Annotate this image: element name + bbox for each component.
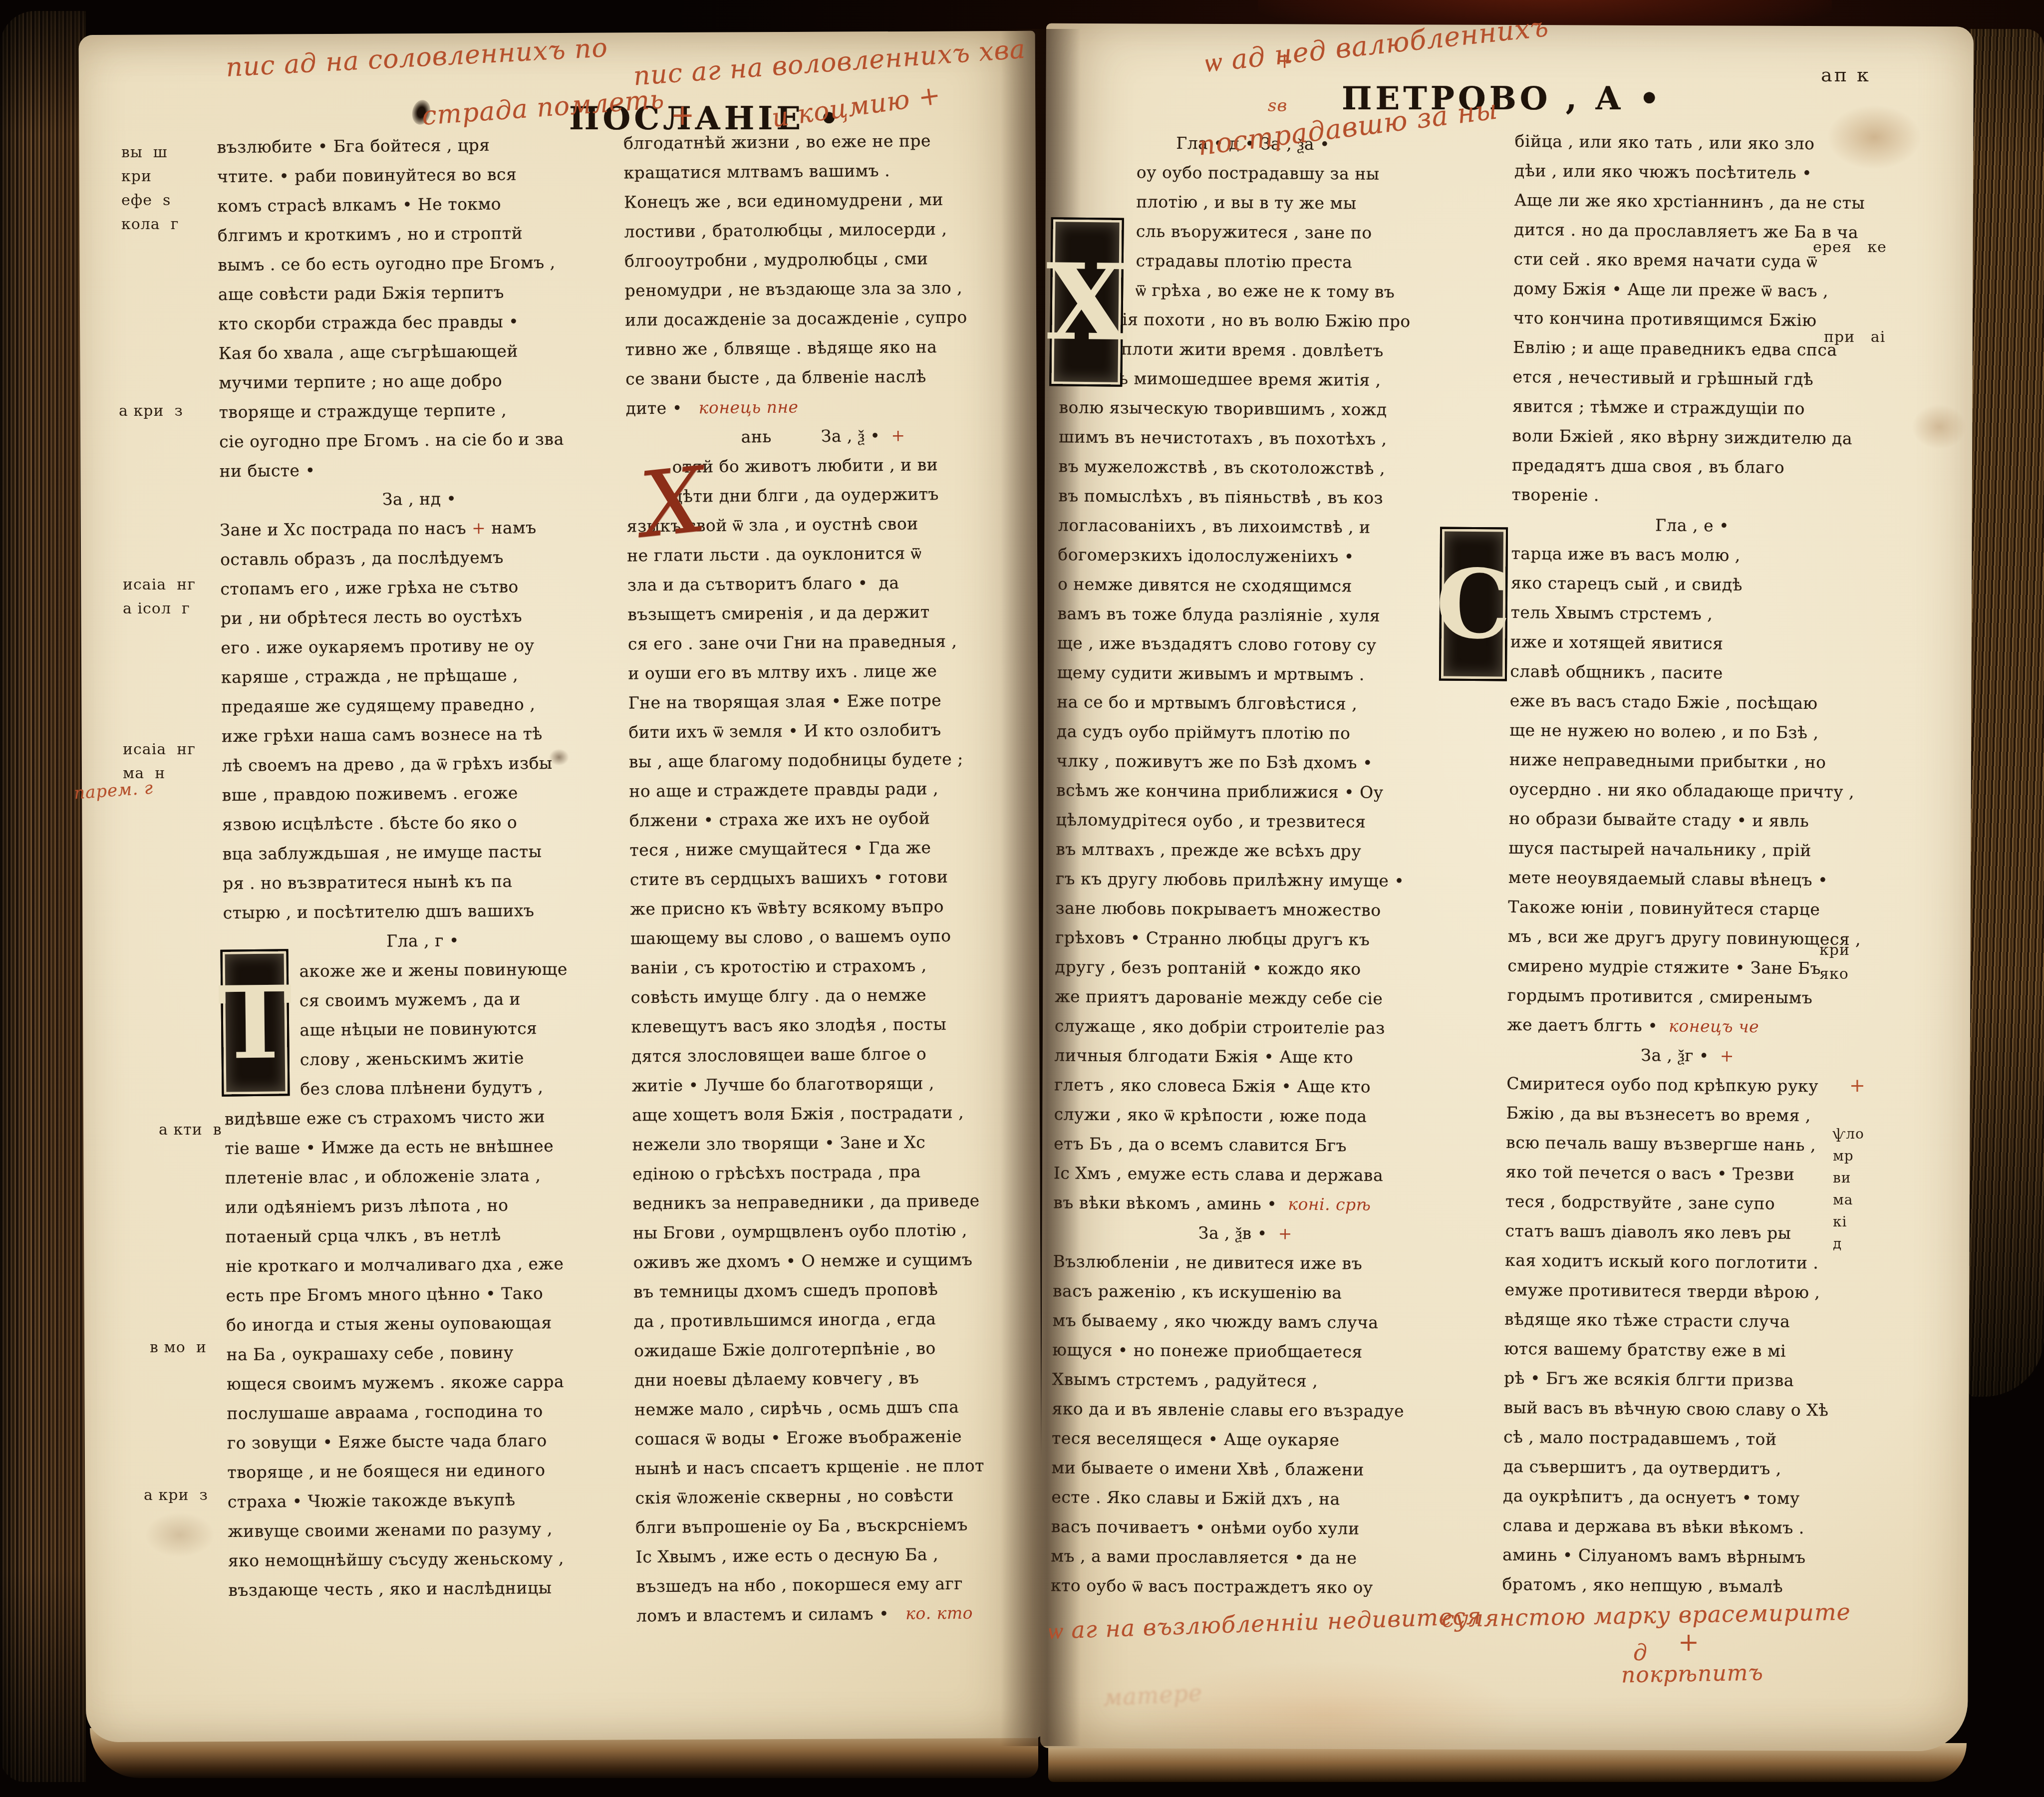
text-line: въ мужеложствѣ , въ скотоложствѣ ,	[1058, 456, 1443, 488]
text-line: личныя блгодати Бжія • Аще кто	[1054, 1045, 1439, 1077]
text-line: стырю , и посѣтителю дшъ вашихъ	[223, 900, 622, 932]
text-line: васъ раженію , къ искушенію ва	[1053, 1281, 1437, 1313]
text-line: вы , аще благому подобницы будете ;	[629, 749, 1023, 782]
text-line: есть пре Бгомъ много цѣнно • Тако	[226, 1283, 625, 1315]
text-line: ря . но възвратитеся нынѣ къ па	[223, 871, 622, 903]
text-line: Іс Хмъ , емуже есть слава и держава	[1053, 1163, 1438, 1195]
text-line: ми бываете о имени Хвѣ , блажени	[1051, 1458, 1436, 1490]
text-line: да съвершитъ , да оутвердитъ ,	[1503, 1457, 1864, 1489]
text-line: яко той печется о васъ • Трезви	[1505, 1162, 1867, 1195]
text-line: мете неоувядаемый славы вѣнецъ •	[1508, 868, 1869, 900]
text-line: Евлію ; и аще праведникъ едва спса	[1513, 337, 1874, 370]
text-line: възлюбите • Бга бойтеся , цря	[217, 134, 616, 167]
text-line: вый васъ въ вѣчную свою славу о Хѣ	[1503, 1398, 1865, 1430]
text-line: каряше , стражда , не прѣщаше ,	[221, 664, 620, 697]
text-line: стопамъ его , иже грѣха не сътво	[220, 576, 619, 608]
text-line: вамъ въ тоже блуда разліяніе , хуля	[1057, 603, 1442, 635]
text-line: мъ , а вами прославляется • да не	[1051, 1546, 1435, 1578]
text-line: язвою исцѣлѣсте . бѣсте бо яко о	[222, 812, 621, 844]
initial-letter: Х	[1045, 240, 1128, 364]
text-line: реномудри , не въздающе зла за зло ,	[624, 278, 1019, 310]
text-line: его . иже оукаряемъ противу не оу	[221, 635, 620, 667]
woodcut-initial-s: С	[1439, 527, 1508, 681]
text-line: да , противльшимся иногда , егда	[633, 1308, 1028, 1341]
text-line: шимъ въ нечистотахъ , въ похотѣхъ ,	[1059, 427, 1443, 459]
text-line: вымъ . се бо есть оугодно пре Бгомъ ,	[218, 252, 617, 285]
text-line: сѣ , мало пострадавшемъ , той	[1503, 1427, 1865, 1460]
text-line: ожидаше Бжіе долготерпѣніе , во	[634, 1338, 1028, 1371]
text-line: но образи бывайте стаду • и явль	[1509, 809, 1870, 841]
text-line: клевещутъ васъ яко злодѣя , посты	[631, 1014, 1025, 1047]
text-line: блгодатнѣй жизни , во еже не пре	[623, 130, 1018, 163]
text-line: тарца иже въ васъ молю ,	[1511, 544, 1872, 576]
text-line: же присно къ ѿвѣту всякому въпро	[630, 896, 1024, 929]
text-line: слава и держава въ вѣки вѣкомъ .	[1502, 1515, 1864, 1548]
text-line: блгимъ и кроткимъ , но и строптй	[218, 223, 617, 255]
text-line: емуже противитеся тверди вѣрою ,	[1504, 1280, 1866, 1312]
text-line: оу оубо пострадавшу за ны	[1060, 162, 1445, 194]
text-line: совѣсть имуще блгу . да о немже	[631, 984, 1025, 1017]
text-line: послушаше авраама , господина то	[227, 1401, 626, 1433]
text-line: воли Бжіей , яко вѣрну зиждителю да	[1512, 426, 1873, 458]
text-line: яко да и въ явленіе славы его възрадуе	[1052, 1399, 1436, 1431]
text-line: иже грѣхи наша самъ вознесе на тѣ	[222, 723, 621, 756]
text-line: теся , ниже смущайтеся • Гда же	[629, 837, 1024, 870]
text-line: предаяше же судящему праведно ,	[221, 694, 620, 726]
text-line: Хвымъ стрстемъ , радуйтеся ,	[1052, 1369, 1437, 1401]
text-line: волю языческую творившимъ , хожд	[1059, 397, 1443, 429]
text-line: зане любовь покрываетъ множество	[1055, 898, 1440, 930]
text-line: гъ къ другу любовь прилѣжну имуще •	[1056, 869, 1440, 900]
text-line: ни бысте •	[220, 458, 619, 491]
text-line: шуся пастырей начальнику , прій	[1508, 838, 1870, 871]
text-line: ется , нечестивый и грѣшный гдѣ	[1512, 367, 1874, 399]
text-line: бо иногда и стыя жены оуповающая	[226, 1312, 625, 1345]
text-line: кто оубо ѿ васъ постраждетъ яко оу	[1051, 1575, 1435, 1607]
text-line: Възлюбленіи , не дивитеся иже въ	[1053, 1251, 1437, 1283]
text-column-left-2: блгодатнѣй жизни , во еже не прекращатис…	[623, 130, 1031, 1636]
text-line: щему судити живымъ и мртвымъ .	[1057, 662, 1441, 694]
text-line: Конецъ же , вси единомудрени , ми	[624, 189, 1018, 222]
text-line: Зане и Хс пострада по насъ + намъ	[220, 517, 619, 550]
text-line: лостиви , братолюбцы , милосерди ,	[624, 219, 1018, 252]
text-line: За , ѯв • +	[1053, 1222, 1438, 1254]
text-line: лѣ своемъ на древо , да ѿ грѣхъ избы	[222, 753, 621, 785]
text-line: зла и да сътворитъ благо • да	[627, 572, 1022, 605]
text-line: етъ Бъ , да о всемъ славится Бгъ	[1054, 1134, 1438, 1166]
text-line: За , ѯг • +	[1506, 1044, 1868, 1077]
text-line: о немже дивятся не сходящимся	[1058, 574, 1442, 606]
text-line: бити ихъ ѿ земля • И кто озлобитъ	[628, 719, 1023, 752]
text-line: дѣи , или яко чюжъ посѣтитель •	[1514, 161, 1876, 193]
text-line: възыщетъ смиренія , и да держит	[627, 601, 1022, 634]
text-line: мъ , вси же другъ другу повинующеся ,	[1507, 926, 1869, 959]
woodcut-initial-x: Х	[1049, 217, 1124, 387]
text-line: же приятъ дарованіе между себе сіе	[1055, 986, 1439, 1018]
text-line: яко старецъ сый , и свидѣ	[1511, 573, 1872, 605]
text-line: богомерзкихъ ідолослуженіихъ •	[1058, 545, 1442, 577]
woodcut-initial-t: Т	[220, 949, 290, 1096]
text-line: рѣ • Бгъ же всякія блгти призва	[1504, 1368, 1865, 1401]
text-line: се звани бысте , да блвеніе наслѣ	[625, 366, 1020, 399]
text-line: потаеный срца члкъ , въ нетлѣ	[226, 1224, 625, 1256]
text-line: ны Бгови , оумрщвленъ оубо плотію ,	[633, 1220, 1027, 1253]
text-line: логласованіихъ , въ лихоимствѣ , и	[1058, 515, 1443, 547]
text-line: дится . но да прославляетъ же Ба в ча	[1514, 220, 1875, 252]
text-line: нынѣ и насъ спсаетъ крщеніе . не плот	[635, 1456, 1029, 1489]
text-line: но аще и страждете правды ради ,	[629, 778, 1023, 811]
text-line: мучими терпите ; но аще добро	[219, 370, 618, 402]
text-line: Смиритеся оубо под крѣпкую руку	[1506, 1074, 1868, 1106]
text-line: страха • Чюжіе такожде въкупѣ	[228, 1489, 627, 1521]
text-line: чтите. • раби повинуйтеся во вся	[217, 164, 616, 196]
text-line: что кончина противящимся Бжію	[1513, 308, 1874, 340]
text-line: нежели зло творящи • Зане и Хс	[632, 1132, 1026, 1165]
text-line: теся веселящеся • Аще оукаряе	[1052, 1428, 1436, 1460]
text-line: плетеніе влас , и обложеніе злата ,	[225, 1165, 624, 1198]
text-line: ниже неправедными прибытки , но	[1509, 750, 1871, 782]
text-line: другу , безъ роптаній • кождо яко	[1055, 957, 1439, 989]
text-line: смирено мудріе стяжите • Зане Бъ	[1507, 956, 1869, 988]
text-line: и оуши его въ млтву ихъ . лице же	[628, 660, 1022, 693]
text-line: възшедъ на нбо , покоршеся ему агг	[636, 1573, 1030, 1606]
text-line: вше , правдою поживемъ . егоже	[222, 782, 621, 815]
text-line: ющуся • но понеже приобщаетеся	[1052, 1340, 1437, 1372]
text-line: немже мало , сирѣчь , осмь дшъ спа	[634, 1397, 1029, 1430]
foliation-mark: ап к	[1821, 64, 1871, 86]
page-edges-left	[0, 11, 86, 1782]
initial-letter: Т	[217, 964, 292, 1082]
text-line: блги въпрошеніе оу Ба , въскрсніемъ	[635, 1514, 1030, 1547]
text-line: всю печаль вашу възвергше нань ,	[1506, 1133, 1867, 1165]
text-line: аще совѣсти ради Бжія терпитъ	[218, 282, 617, 314]
text-line: оусердно . ни яко обладающе причту ,	[1509, 779, 1870, 812]
book-photo: ПОСЛАНІЕ • ПЕТРОВО , А • ап к възлюбите …	[0, 0, 2044, 1797]
text-line: комъ страсѣ влкамъ • Не токмо	[217, 193, 616, 226]
text-line: житіе • Лучше бо благотворящи ,	[631, 1073, 1026, 1106]
text-line: гордымъ противится , смиренымъ	[1507, 985, 1868, 1018]
text-line: въ вѣки вѣкомъ , аминь • коні. срѣ	[1053, 1193, 1438, 1224]
text-line: Гла , е •	[1511, 514, 1873, 547]
text-line: или досажденіе за досажденіе , супро	[625, 307, 1019, 340]
text-line: ніе кроткаго и молчаливаго дха , еже	[226, 1253, 625, 1286]
text-line: Такоже юніи , повинуйтеся старце	[1508, 897, 1869, 929]
text-line: твореніе .	[1511, 485, 1873, 517]
text-line: творяще , и не боящеся ни единого	[227, 1460, 626, 1492]
text-line: Аще ли же яко хрстіаннинъ , да не сты	[1514, 190, 1875, 223]
text-line: Кая бо хвала , аще съгрѣшающей	[219, 340, 618, 373]
text-line: члку , поживутъ же по Бзѣ дхомъ •	[1056, 751, 1441, 783]
text-line: теся , бодрствуйте , зане супо	[1505, 1192, 1867, 1224]
text-line: вца заблуждьшая , не имуще пасты	[223, 841, 622, 874]
text-line: видѣвше еже съ страхомъ чисто жи	[225, 1106, 624, 1139]
text-line: иже и хотящей явитися	[1510, 632, 1872, 664]
text-line: служаще , яко добріи строителіе раз	[1055, 1016, 1439, 1048]
text-line: ваніи , съ кротостію и страхомъ ,	[630, 955, 1025, 988]
text-line: ще не нужею но волею , и по Бзѣ ,	[1509, 720, 1871, 753]
text-line: явится ; тѣмже и страждущіи по	[1512, 396, 1874, 429]
text-line: сіе оугодно пре Бгомъ . на сіе бо и зва	[219, 429, 618, 461]
text-line: служи , яко ѿ крѣпости , юже пода	[1054, 1104, 1438, 1136]
text-line: да судъ оубо пріймутъ плотію по	[1057, 721, 1441, 753]
text-line: живуще своими женами по разуму ,	[228, 1518, 627, 1551]
text-line: кая ходитъ искый кого поглотити .	[1505, 1250, 1866, 1283]
text-line: цѣломудрітеся оубо , и трезвитеся	[1056, 810, 1440, 842]
text-line: же даетъ блгть • конецъ че	[1507, 1015, 1868, 1047]
text-line: аминь • Сілуаномъ вамъ вѣрнымъ	[1502, 1545, 1864, 1577]
text-line: дятся злословящеи ваше блгое о	[631, 1043, 1026, 1076]
text-line: дому Бжія • Аще ли преже ѿ васъ ,	[1513, 279, 1875, 311]
text-column-right-2: бійца , или яко тать , или яко злодѣи , …	[1502, 131, 1876, 1607]
text-line: грѣховъ • Странно любцы другъ къ	[1055, 927, 1440, 959]
text-line: сошася ѿ воды • Егоже въображеніе	[635, 1426, 1029, 1459]
text-line: оживъ же дхомъ • О немже и сущимъ	[633, 1249, 1027, 1282]
text-line: Гла • д • За , ѯа •	[1061, 132, 1445, 164]
text-line: дите • конець пне	[626, 395, 1020, 428]
text-line: есте . Яко славы и Бжій дхъ , на	[1051, 1487, 1436, 1519]
text-line: ются вашему братству еже в мі	[1504, 1339, 1865, 1371]
text-line: на се бо и мртвымъ блговѣстися ,	[1057, 692, 1441, 724]
rubricated-initial-x: Х	[636, 455, 709, 551]
text-line: кто скорби стражда бес правды •	[218, 311, 617, 343]
text-line: шающему вы слово , о вашемъ оупо	[630, 925, 1025, 958]
text-line: творяще и страждуще терпите ,	[219, 399, 618, 432]
text-line: на Ба , оукрашаху себе , повину	[226, 1342, 625, 1374]
text-line: тель Хвымъ стрстемъ ,	[1510, 602, 1872, 635]
text-line: сти сей . яко время начати суда ѿ	[1513, 249, 1875, 282]
text-line: ри , ни обрѣтеся лесть во оустѣхъ	[221, 605, 620, 638]
text-line: мъ бываему , яко чюжду вамъ случа	[1052, 1310, 1437, 1342]
text-line: всѣмъ же кончина приближися • Оу	[1056, 780, 1441, 812]
text-line: бійца , или яко тать , или яко зло	[1514, 131, 1876, 164]
text-line: еже въ васъ стадо Бжіе , посѣщаю	[1510, 691, 1871, 723]
text-line: блжени • страха же ихъ не оубой	[629, 808, 1024, 841]
text-line: оставль образъ , да послѣдуемъ	[220, 547, 619, 579]
text-line: дни ноевы дѣлаему ковчегу , въ	[634, 1367, 1029, 1400]
running-title-right: ПЕТРОВО , А •	[1342, 80, 1663, 117]
text-line: ющеся своимъ мужемъ . якоже сарра	[227, 1371, 626, 1404]
text-line: или одѣяніемъ ризъ лѣпота , но	[225, 1195, 624, 1227]
text-line: ведникъ за неправедники , да приведе	[632, 1191, 1027, 1223]
text-line: го зовущи • Еяже бысте чада благо	[227, 1430, 626, 1463]
text-line: едіною о грѣсѣхъ пострада , пра	[632, 1161, 1027, 1194]
text-line: братомъ , яко непщую , въмалѣ	[1502, 1574, 1863, 1607]
text-line: въ темницы дхомъ сшедъ проповѣ	[633, 1279, 1028, 1312]
text-line: Бжію , да вы възнесетъ во время ,	[1506, 1103, 1867, 1136]
text-line: ломъ и властемъ и силамъ • ко. кто	[636, 1602, 1031, 1635]
text-line: За , нд •	[220, 488, 619, 520]
initial-letter: С	[1436, 548, 1512, 660]
text-line: да оукрѣпитъ , да оснуетъ • тому	[1503, 1486, 1864, 1518]
text-line: тивно же , блвяще . вѣдяще яко на	[625, 336, 1019, 369]
text-line: статъ вашъ діаволъ яко левъ ры	[1505, 1221, 1866, 1253]
text-line: Гне на творящая злая • Еже потре	[628, 690, 1023, 723]
fore-edge-right	[1969, 29, 2044, 1397]
text-line: Іс Хвымъ , иже есть о десную Ба ,	[636, 1544, 1030, 1577]
text-line: въздающе честь , яко и наслѣдницы	[228, 1577, 627, 1610]
text-line: кращатися млтвамъ вашимъ .	[623, 160, 1018, 193]
text-column-left-1: възлюбите • Бга бойтеся , црячтите. • ра…	[217, 134, 627, 1610]
text-line: стите въ сердцыхъ вашихъ • готови	[630, 867, 1024, 899]
text-line: въ млтвахъ , прежде же всѣхъ дру	[1056, 839, 1440, 871]
text-line: ще , иже въздадятъ слово готову су	[1057, 633, 1442, 665]
text-line: яко немощнѣйшу съсуду женьскому ,	[228, 1548, 627, 1580]
text-line: вѣдяще яко тѣже страсти случа	[1504, 1309, 1866, 1342]
text-line: въ помыслѣхъ , въ піяньствѣ , въ коз	[1058, 486, 1443, 518]
text-line: предадятъ дша своя , въ благо	[1512, 455, 1873, 488]
text-line: тіе ваше • Имже да есть не внѣшнее	[225, 1136, 624, 1168]
text-line: блгооутробни , мудролюбцы , сми	[624, 248, 1019, 281]
text-line: ся его . зане очи Гни на праведныя ,	[628, 631, 1022, 664]
text-line: скія ѿложеніе скверны , но совѣсти	[635, 1485, 1030, 1518]
text-line: аще хощетъ воля Бжія , пострадати ,	[632, 1102, 1026, 1135]
text-line: васъ почиваетъ • онѣми оубо хули	[1051, 1516, 1436, 1548]
text-line: глетъ , яко словеса Бжія • Аще кто	[1054, 1075, 1439, 1107]
text-line: славѣ общникъ , пасите	[1510, 661, 1871, 694]
